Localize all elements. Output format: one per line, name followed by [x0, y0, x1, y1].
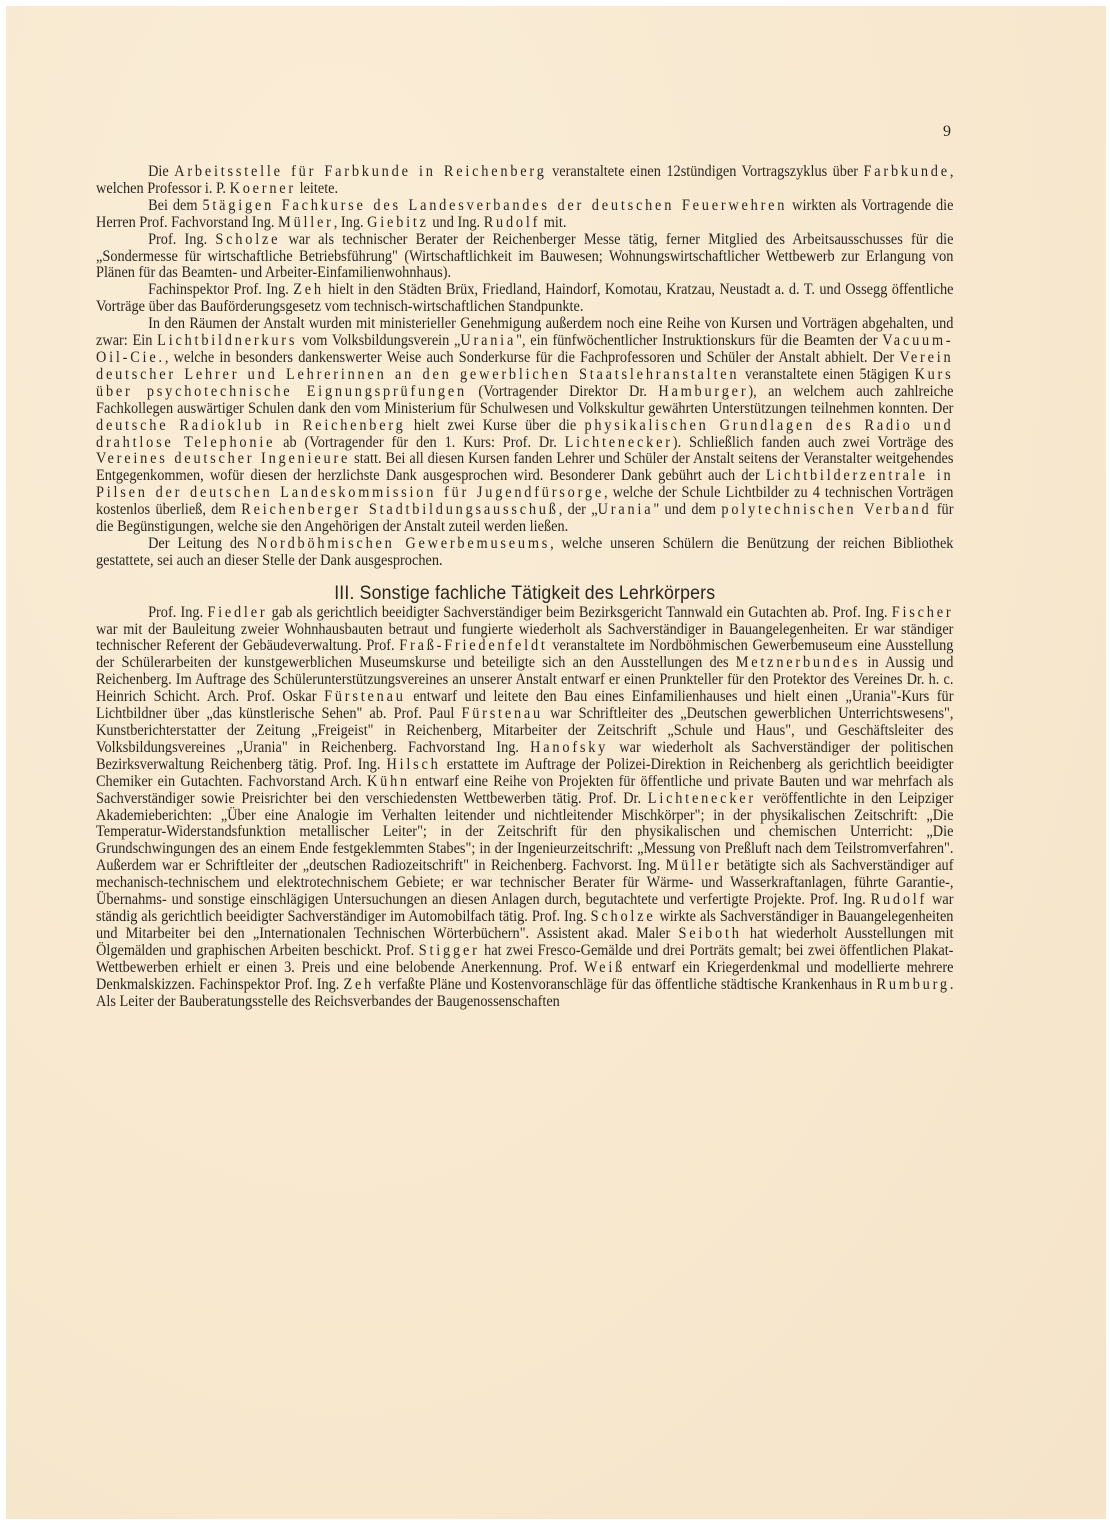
spaced-emphasis: Zeh	[293, 281, 324, 298]
spaced-emphasis: Lichtenecker	[565, 434, 673, 451]
spaced-emphasis: Scholze	[591, 908, 656, 925]
text-run: ab (Vortragender für den 1. Kurs: Prof. …	[275, 434, 564, 451]
text-run: veranstaltete einen 5tägigen	[739, 366, 914, 383]
spaced-emphasis: Lichtenecker	[648, 790, 756, 807]
paragraph: In den Räumen der Anstalt wurden mit min…	[96, 316, 953, 536]
spaced-emphasis: Rudolf	[484, 214, 541, 231]
spaced-emphasis: Kühn	[367, 773, 410, 790]
spaced-emphasis: Lichtbildnerkurs	[157, 332, 297, 349]
text-run: , welche in besonders dankenswerter Weis…	[165, 349, 900, 366]
text-run: Prof. Ing.	[148, 231, 215, 248]
text-run: veranstaltete einen 12stündigen Vortrags…	[547, 163, 864, 180]
spaced-emphasis: polytechnischen Verband	[721, 501, 931, 518]
spaced-emphasis: Arbeitsstelle für Farbkunde in Reichenbe…	[174, 163, 546, 180]
spaced-emphasis: Fürstenau	[324, 688, 406, 705]
spaced-emphasis: Metznerbundes	[736, 654, 861, 671]
text-run: " und dem	[653, 501, 721, 518]
text-run: mit.	[540, 214, 566, 231]
text-run: hielt zwei Kurse über die	[406, 417, 585, 434]
spaced-emphasis: Urania	[460, 332, 516, 349]
spaced-emphasis: Hanofsky	[530, 739, 608, 756]
paragraph: Prof. Ing. Fiedler gab als gerichtlich b…	[96, 605, 953, 1011]
paragraph: Bei dem 5tägigen Fachkurse des Landesver…	[96, 198, 953, 232]
paragraph: Der Leitung des Nordböhmischen Gewerbemu…	[96, 536, 953, 570]
page-number: 9	[943, 123, 951, 141]
spaced-emphasis: 5tägigen Fachkurse des Landesverbandes d…	[202, 197, 787, 214]
text-run: , Ing.	[334, 214, 367, 231]
spaced-emphasis: Fischer	[892, 604, 954, 621]
spaced-emphasis: Müller	[666, 857, 722, 874]
text-run: ", ein fünfwöchentlicher Instruktionskur…	[516, 332, 882, 349]
spaced-emphasis: Weiß	[584, 959, 625, 976]
paragraph: Fachinspektor Prof. Ing. Zeh hielt in de…	[96, 282, 953, 316]
paragraph: Die Arbeitsstelle für Farbkunde in Reich…	[96, 164, 953, 198]
paragraph: Prof. Ing. Scholze war als technischer B…	[96, 232, 953, 283]
text-run: gab als gerichtlich beeidigter Sachverst…	[267, 604, 891, 621]
spaced-emphasis: Reichenberger Stadtbildungsausschuß	[241, 501, 558, 518]
spaced-emphasis: Farbkunde	[864, 163, 950, 180]
text-run: Bei dem	[148, 197, 202, 214]
text-run: vom Volksbildungsverein „	[297, 332, 460, 349]
body-text: Die Arbeitsstelle für Farbkunde in Reich…	[96, 164, 953, 1010]
text-run: verfaßte Pläne und Kostenvoranschläge fü…	[374, 976, 876, 993]
spaced-emphasis: Urania	[598, 501, 654, 518]
text-run: und Ing.	[429, 214, 484, 231]
spaced-emphasis: Koerner	[230, 180, 296, 197]
text-run: Die	[148, 163, 174, 180]
text-run: Prof. Ing.	[148, 604, 207, 621]
spaced-emphasis: Stigger	[419, 942, 480, 959]
text-run: ). Schließlich fanden auch zwei Vorträge…	[673, 434, 954, 451]
spaced-emphasis: Seiboth	[678, 925, 741, 942]
spaced-emphasis: Scholze	[215, 231, 280, 248]
spaced-emphasis: Fiedler	[207, 604, 267, 621]
spaced-emphasis: Zeh	[344, 976, 375, 993]
text-run: Fachinspektor Prof. Ing.	[148, 281, 293, 298]
spaced-emphasis: Fraß-Friedenfeldt	[399, 637, 547, 654]
spaced-emphasis: deutsche Radioklub in Reichenberg	[96, 417, 406, 434]
spaced-emphasis: Nordböhmischen Gewerbemuseums	[257, 535, 550, 552]
spaced-emphasis: Hamburger	[658, 383, 748, 400]
section-iii-paragraphs: Prof. Ing. Fiedler gab als gerichtlich b…	[96, 605, 953, 1011]
spaced-emphasis: Müller	[278, 214, 334, 231]
spaced-emphasis: Rudolf	[871, 891, 928, 908]
text-run: leitete.	[296, 180, 338, 197]
text-run: , der „	[559, 501, 598, 518]
text-run: Der Leitung des	[148, 535, 257, 552]
spaced-emphasis: Giebitz	[367, 214, 429, 231]
section-ii-paragraphs: Die Arbeitsstelle für Farbkunde in Reich…	[96, 164, 953, 570]
text-run: (Vortragender Direktor Dr.	[467, 383, 658, 400]
section-heading: III. Sonstige fachliche Tätigkeit des Le…	[96, 586, 953, 603]
spaced-emphasis: Hilsch	[386, 756, 440, 773]
spaced-emphasis: Vereines deutscher Ingenieure	[96, 450, 350, 467]
spaced-emphasis: Rumburg	[877, 976, 950, 993]
spaced-emphasis: Fürstenau	[461, 705, 543, 722]
document-page: 9 Die Arbeitsstelle für Farbkunde in Rei…	[6, 6, 1106, 1519]
